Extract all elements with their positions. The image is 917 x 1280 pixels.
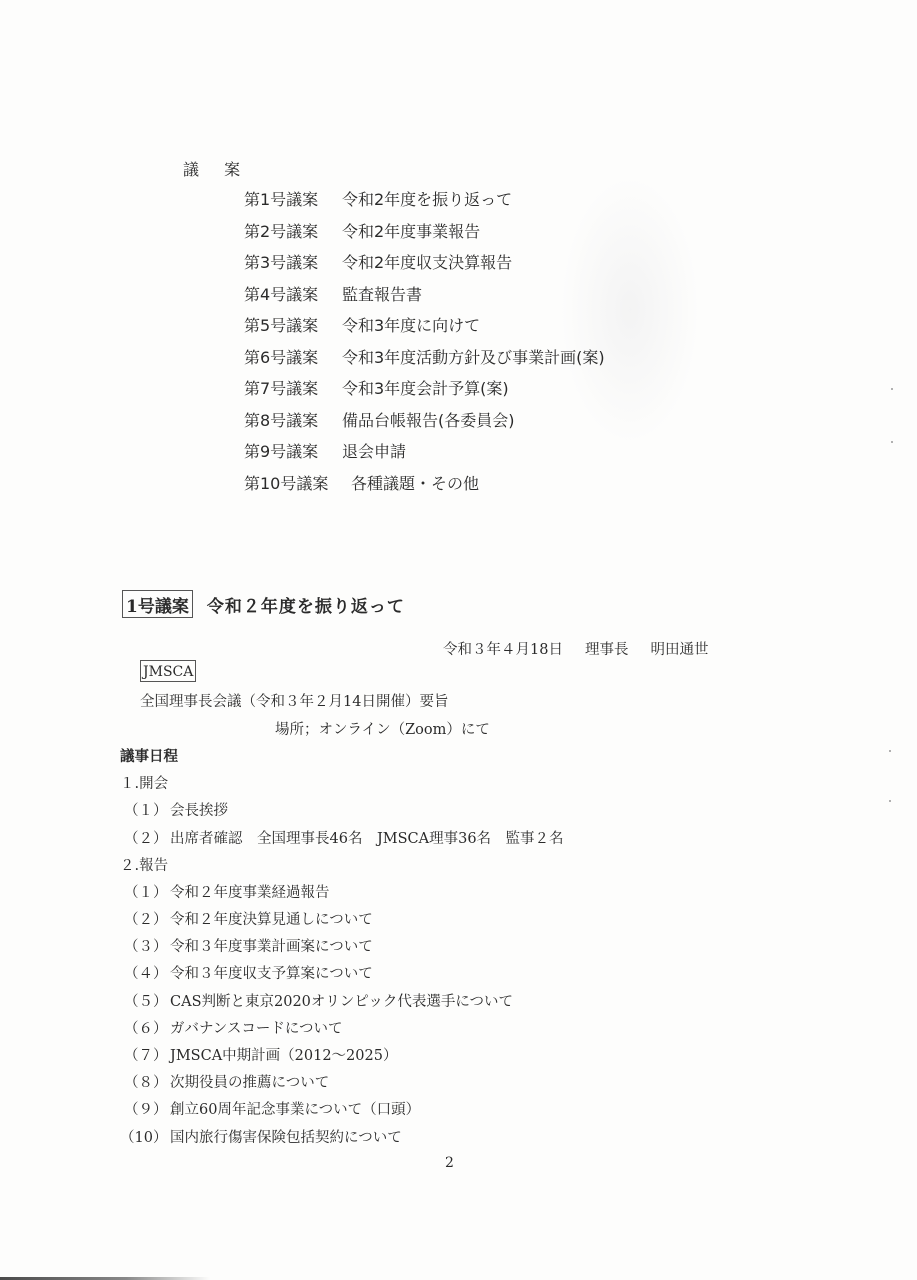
org-label-box: JMSCA [140, 660, 196, 682]
scan-speck [891, 388, 893, 390]
schedule-item-number: （１） [124, 799, 170, 820]
document-page: 議 案 第1号議案令和2年度を振り返って 第2号議案令和2年度事業報告 第3号議… [0, 0, 917, 1280]
schedule-item-text: 国内旅行傷害保険包括契約について [170, 1130, 402, 1146]
schedule-section-reports: ２.報告 [120, 854, 168, 875]
schedule-item-number: （10） [120, 1126, 170, 1147]
agenda-item-number: 第2号議案 [244, 216, 342, 248]
agenda-item-number: 第9号議案 [244, 436, 342, 468]
agenda-item-title: 各種議題・その他 [351, 474, 479, 493]
page-number: 2 [445, 1155, 454, 1171]
schedule-item-text: 次期役員の推薦について [170, 1075, 329, 1091]
agenda-item: 第5号議案令和3年度に向けて [244, 310, 605, 342]
schedule-item-text: 会長挨拶 [170, 803, 228, 819]
agenda-item-number: 第4号議案 [244, 279, 342, 311]
schedule-item-number: （１） [124, 881, 170, 902]
agenda-item-title: 令和3年度活動方針及び事業計画(案) [342, 348, 605, 367]
schedule-item-text: 令和２年度事業経過報告 [170, 885, 330, 901]
agenda-item-number: 第5号議案 [244, 310, 342, 342]
schedule-item-text: 令和３年度収支予算案について [170, 966, 373, 982]
agenda-item-number: 第1号議案 [244, 184, 342, 216]
section-heading: 1号議案 令和２年度を振り返って [122, 590, 405, 618]
agenda-item-title: 退会申請 [342, 442, 406, 461]
schedule-item-text: CAS判断と東京2020オリンピック代表選手について [170, 994, 513, 1010]
schedule-item: （２）出席者確認 全国理事長46名 JMSCA理事36名 監事２名 [124, 827, 564, 848]
agenda-item-title: 令和2年度を振り返って [342, 190, 512, 209]
agenda-item: 第1号議案令和2年度を振り返って [244, 184, 605, 216]
schedule-item: （10）国内旅行傷害保険包括契約について [120, 1126, 402, 1147]
dateline: 令和３年４月18日理事長明田通世 [443, 638, 708, 659]
schedule-item-text: ガバナンスコードについて [170, 1021, 343, 1037]
schedule-item: （９）創立60周年記念事業について（口頭） [124, 1098, 420, 1119]
schedule-item: （７）JMSCA中期計画（2012～2025） [124, 1044, 397, 1065]
agenda-item-title: 令和3年度に向けて [342, 316, 480, 335]
schedule-item: （２）令和２年度決算見通しについて [124, 908, 373, 929]
author-role: 理事長 [585, 642, 629, 658]
meeting-venue: 場所；オンライン（Zoom）にて [275, 718, 490, 739]
agenda-item-title: 令和2年度事業報告 [342, 222, 480, 241]
scan-speck [889, 750, 891, 752]
agenda-item-number: 第7号議案 [244, 373, 342, 405]
document-date: 令和３年４月18日 [443, 642, 563, 658]
agenda-item-title: 令和2年度収支決算報告 [342, 253, 512, 272]
schedule-item: （３）令和３年度事業計画案について [124, 935, 373, 956]
agenda-list: 第1号議案令和2年度を振り返って 第2号議案令和2年度事業報告 第3号議案令和2… [244, 184, 605, 499]
schedule-item-number: （３） [124, 935, 170, 956]
schedule-item: （１）会長挨拶 [124, 799, 228, 820]
agenda-item-number: 第3号議案 [244, 247, 342, 279]
agenda-item: 第8号議案備品台帳報告(各委員会) [244, 405, 605, 437]
schedule-item-text: 創立60周年記念事業について（口頭） [170, 1102, 420, 1118]
schedule-item: （５）CAS判断と東京2020オリンピック代表選手について [124, 990, 513, 1011]
agenda-item-number: 第6号議案 [244, 342, 342, 374]
agenda-item: 第4号議案監査報告書 [244, 279, 605, 311]
scan-speck [889, 800, 891, 802]
agenda-item: 第9号議案退会申請 [244, 436, 605, 468]
scan-speck [891, 441, 893, 443]
schedule-item-number: （８） [124, 1071, 170, 1092]
agenda-item: 第3号議案令和2年度収支決算報告 [244, 247, 605, 279]
schedule-item-text: JMSCA中期計画（2012～2025） [170, 1048, 397, 1064]
schedule-item: （６）ガバナンスコードについて [124, 1017, 343, 1038]
schedule-item-number: （４） [124, 962, 170, 983]
agenda-item: 第10号議案各種議題・その他 [244, 468, 605, 500]
schedule-item-number: （６） [124, 1017, 170, 1038]
schedule-item: （４）令和３年度収支予算案について [124, 962, 373, 983]
schedule-item: （１）令和２年度事業経過報告 [124, 881, 330, 902]
agenda-item-title: 令和3年度会計予算(案) [342, 379, 509, 398]
schedule-item-text: 令和３年度事業計画案について [170, 939, 373, 955]
agenda-item-number: 第8号議案 [244, 405, 342, 437]
schedule-item-text: 令和２年度決算見通しについて [170, 912, 373, 928]
agenda-item: 第6号議案令和3年度活動方針及び事業計画(案) [244, 342, 605, 374]
schedule-section-opening: １.開会 [120, 772, 168, 793]
schedule-item: （８）次期役員の推薦について [124, 1071, 329, 1092]
agenda-item-title: 監査報告書 [342, 285, 422, 304]
schedule-item-text: 出席者確認 全国理事長46名 JMSCA理事36名 監事２名 [170, 831, 564, 847]
schedule-item-number: （２） [124, 908, 170, 929]
section-title: 令和２年度を振り返って [207, 592, 405, 617]
agenda-item-title: 備品台帳報告(各委員会) [342, 411, 515, 430]
schedule-item-number: （５） [124, 990, 170, 1011]
schedule-item-number: （２） [124, 827, 170, 848]
meeting-summary-title: 全国理事長会議（令和３年２月14日開催）要旨 [140, 690, 448, 711]
author-name: 明田通世 [650, 642, 708, 658]
agenda-item: 第2号議案令和2年度事業報告 [244, 216, 605, 248]
schedule-heading: 議事日程 [120, 745, 178, 766]
schedule-item-number: （７） [124, 1044, 170, 1065]
section-label-box: 1号議案 [122, 590, 193, 618]
agenda-item-number: 第10号議案 [244, 468, 351, 500]
schedule-item-number: （９） [124, 1098, 170, 1119]
agenda-item: 第7号議案令和3年度会計予算(案) [244, 373, 605, 405]
agenda-heading: 議 案 [183, 157, 250, 180]
